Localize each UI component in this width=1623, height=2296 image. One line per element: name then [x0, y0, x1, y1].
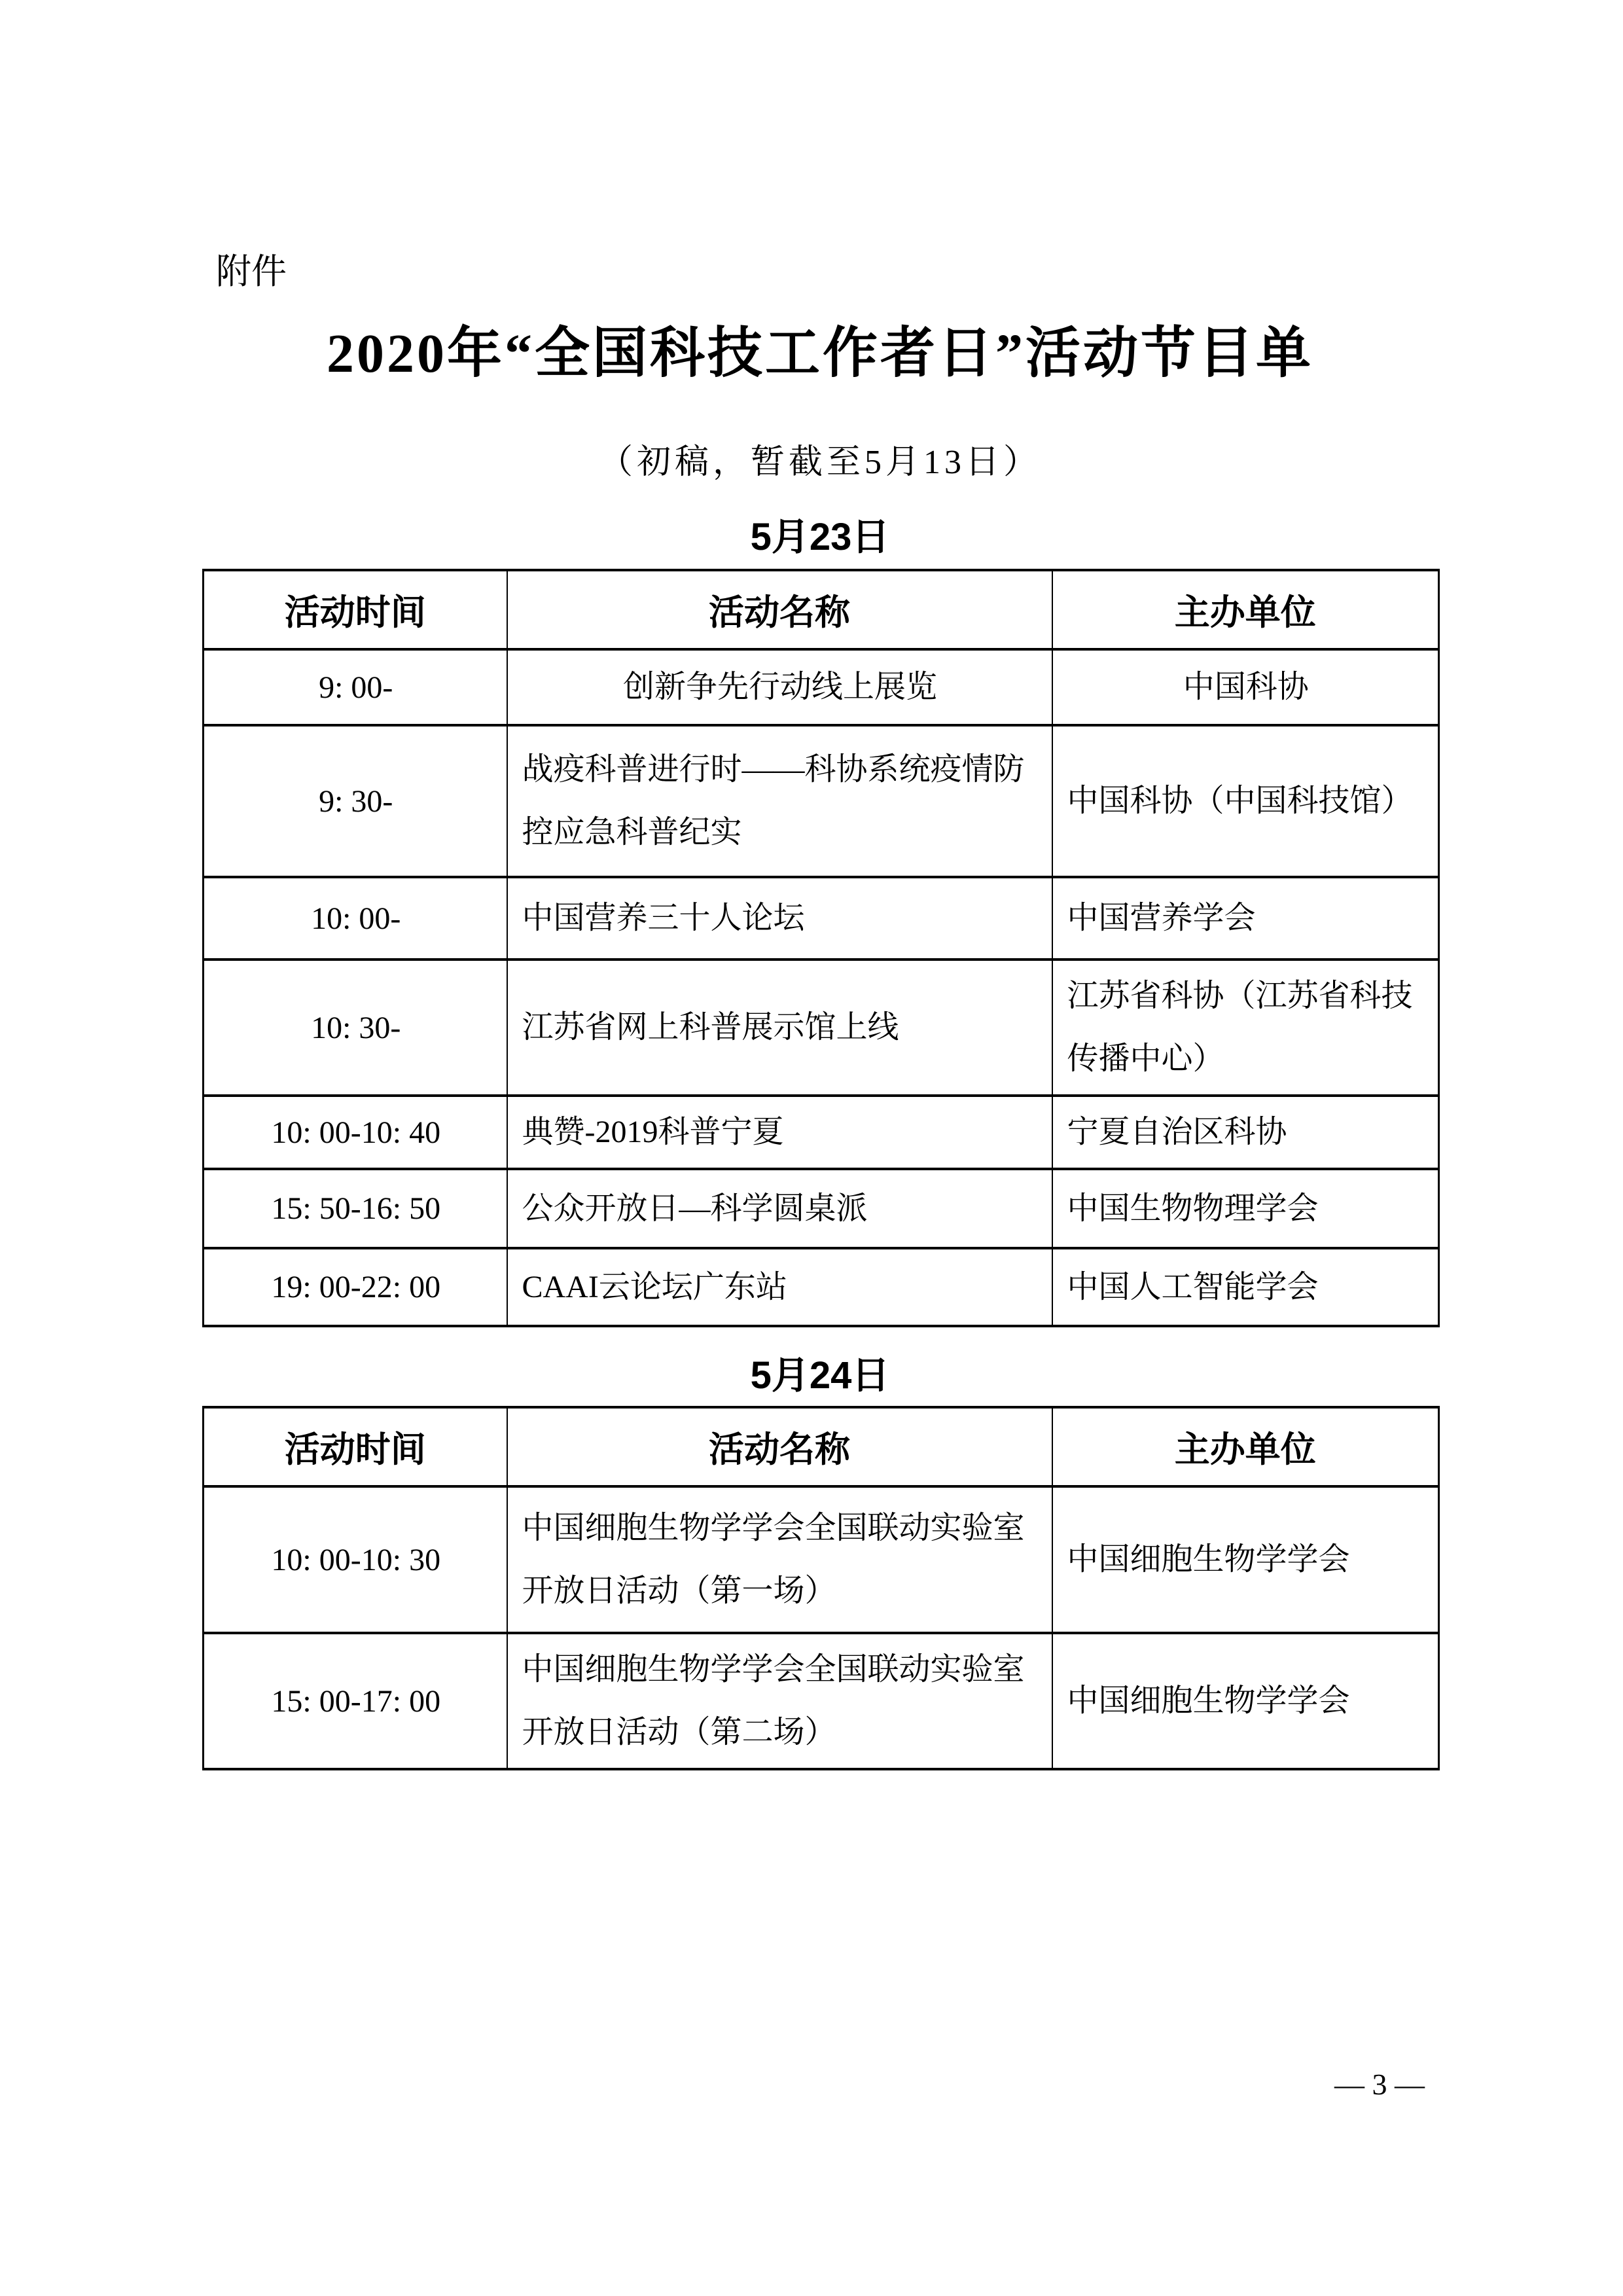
cell-activity-name: 战疫科普进行时——科协系统疫情防控应急科普纪实	[507, 725, 1052, 877]
table-row: 10: 00-10: 30中国细胞生物学学会全国联动实验室开放日活动（第一场）中…	[204, 1486, 1439, 1633]
table-row: 10: 30-江苏省网上科普展示馆上线江苏省科协（江苏省科技传播中心）	[204, 960, 1439, 1096]
cell-activity-time: 10: 00-10: 40	[204, 1096, 507, 1169]
schedule-table-may23: 活动时间 活动名称 主办单位 9: 00-创新争先行动线上展览中国科协9: 30…	[202, 569, 1440, 1327]
column-header-org: 主办单位	[1052, 570, 1439, 649]
table-row: 10: 00-10: 40典赞-2019科普宁夏宁夏自治区科协	[204, 1096, 1439, 1169]
table-header-row: 活动时间 活动名称 主办单位	[204, 1407, 1439, 1486]
section-date-may23: 5月23日	[202, 518, 1438, 558]
cell-activity-time: 10: 30-	[204, 960, 507, 1096]
column-header-time: 活动时间	[204, 1407, 507, 1486]
cell-host-org: 中国细胞生物学学会	[1052, 1486, 1439, 1633]
column-header-time: 活动时间	[204, 570, 507, 649]
document-subtitle: （初稿，暂截至5月13日）	[202, 446, 1438, 480]
cell-host-org: 中国细胞生物学学会	[1052, 1633, 1439, 1769]
cell-activity-name: 江苏省网上科普展示馆上线	[507, 960, 1052, 1096]
table-row: 9: 00-创新争先行动线上展览中国科协	[204, 649, 1439, 725]
cell-activity-time: 15: 00-17: 00	[204, 1633, 507, 1769]
page-number: — 3 —	[202, 2068, 1438, 2102]
cell-activity-name: 创新争先行动线上展览	[507, 649, 1052, 725]
column-header-org: 主办单位	[1052, 1407, 1439, 1486]
table-row: 15: 00-17: 00中国细胞生物学学会全国联动实验室开放日活动（第二场）中…	[204, 1633, 1439, 1769]
cell-host-org: 中国营养学会	[1052, 877, 1439, 960]
cell-activity-name: 典赞-2019科普宁夏	[507, 1096, 1052, 1169]
cell-activity-time: 19: 00-22: 00	[204, 1248, 507, 1326]
cell-host-org: 中国科协	[1052, 649, 1439, 725]
table-header-row: 活动时间 活动名称 主办单位	[204, 570, 1439, 649]
attachment-label: 附件	[216, 0, 1438, 291]
cell-activity-time: 9: 00-	[204, 649, 507, 725]
section-date-may24: 5月24日	[202, 1356, 1438, 1396]
cell-activity-time: 9: 30-	[204, 725, 507, 877]
cell-activity-time: 10: 00-	[204, 877, 507, 960]
cell-activity-name: 中国营养三十人论坛	[507, 877, 1052, 960]
cell-activity-name: CAAI云论坛广东站	[507, 1248, 1052, 1326]
column-header-name: 活动名称	[507, 1407, 1052, 1486]
column-header-name: 活动名称	[507, 570, 1052, 649]
table-row: 19: 00-22: 00CAAI云论坛广东站中国人工智能学会	[204, 1248, 1439, 1326]
cell-host-org: 江苏省科协（江苏省科技传播中心）	[1052, 960, 1439, 1096]
schedule-table-may24: 活动时间 活动名称 主办单位 10: 00-10: 30中国细胞生物学学会全国联…	[202, 1406, 1440, 1770]
cell-host-org: 中国生物物理学会	[1052, 1169, 1439, 1248]
table-row: 15: 50-16: 50公众开放日—科学圆桌派中国生物物理学会	[204, 1169, 1439, 1248]
document-title: 2020年“全国科技工作者日”活动节目单	[202, 327, 1438, 382]
document-page: 附件 2020年“全国科技工作者日”活动节目单 （初稿，暂截至5月13日） 5月…	[0, 0, 1623, 2296]
cell-activity-name: 公众开放日—科学圆桌派	[507, 1169, 1052, 1248]
table-row: 10: 00-中国营养三十人论坛中国营养学会	[204, 877, 1439, 960]
cell-activity-time: 15: 50-16: 50	[204, 1169, 507, 1248]
cell-host-org: 中国人工智能学会	[1052, 1248, 1439, 1326]
cell-activity-name: 中国细胞生物学学会全国联动实验室开放日活动（第二场）	[507, 1633, 1052, 1769]
cell-host-org: 中国科协（中国科技馆）	[1052, 725, 1439, 877]
cell-activity-name: 中国细胞生物学学会全国联动实验室开放日活动（第一场）	[507, 1486, 1052, 1633]
cell-host-org: 宁夏自治区科协	[1052, 1096, 1439, 1169]
table-row: 9: 30-战疫科普进行时——科协系统疫情防控应急科普纪实中国科协（中国科技馆）	[204, 725, 1439, 877]
cell-activity-time: 10: 00-10: 30	[204, 1486, 507, 1633]
document-content: 附件 2020年“全国科技工作者日”活动节目单 （初稿，暂截至5月13日） 5月…	[202, 0, 1438, 2102]
